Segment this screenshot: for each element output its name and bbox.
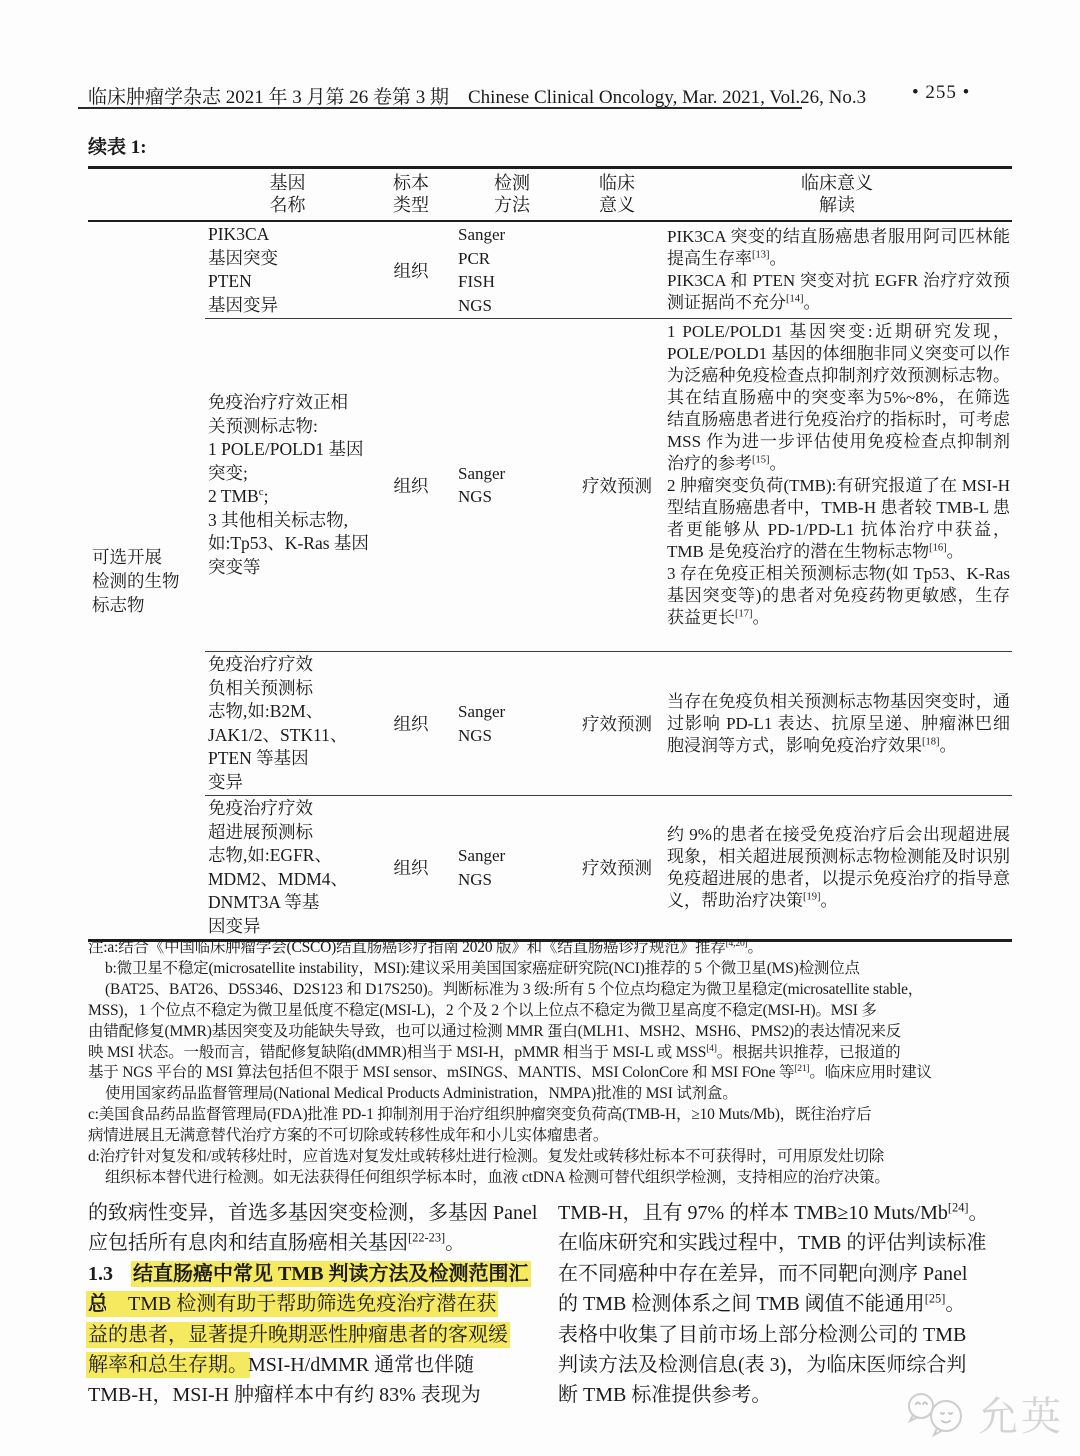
gene-line: 突变; [208,462,369,486]
column-header-line: 标本 [370,172,452,194]
superscript-ref: [25] [925,1292,946,1306]
method-line: Sanger [458,223,571,247]
text-segment: 判读方法及检测信息(表 3)，为临床医师综合判 [558,1354,966,1376]
superscript-ref: [14] [786,293,804,304]
body-text-line: 在临床研究和实践过程中，TMB 的评估判读标准 [558,1228,1018,1258]
superscript-ref: c [259,486,264,498]
superscript-ref: [4] [706,1042,717,1053]
running-head: 临床肿瘤学杂志 2021 年 3 月第 26 卷第 3 期 Chinese Cl… [88,82,1018,109]
method-line: Sanger [458,700,571,724]
interpretation-paragraph: 约 9%的患者在接受免疫治疗后会出现超进展现象，相关超进展预测标志物检测能及时识… [667,824,1010,912]
footnote-line: 病情进展且无满意替代治疗方案的不可切除或转移性成年和小儿实体瘤患者。 [88,1126,1048,1147]
gene-name-cell: 免疫治疗疗效负相关预测标志物,如:B2M、JAK1/2、STK11、PTEN 等… [205,652,370,796]
superscript-ref: [24] [948,1200,969,1214]
body-text-line: 总 TMB 检测有助于帮助筛选免疫治疗潜在获 [88,1289,534,1319]
text-segment: TMB-H，MSI-H 肿瘤样本中有约 83% 表现为 [88,1384,481,1406]
gene-line: PIK3CA [208,223,369,247]
detection-method-cell: SangerNGS [452,652,572,796]
watermark-text: 允英 [978,1397,1064,1437]
clinical-significance-cell: 疗效预测 [572,319,662,652]
method-line: FISH [458,270,571,294]
specimen-type-cell: 组织 [370,319,452,652]
interpretation-paragraph: PIK3CA 和 PTEN 突变对抗 EGFR 治疗疗效预测证据尚不充分[14]… [667,270,1010,314]
gene-line: 变异 [208,771,369,795]
detection-method-cell: SangerPCRFISHNGS [452,221,572,319]
interpretation-paragraph: 3 存在免疫正相关预测标志物(如 Tp53、K-Ras 基因突变等)的患者对免疫… [667,563,1010,629]
footnote-line: 由错配修复(MMR)基因突变及功能缺失导致，也可以通过检测 MMR 蛋白(MLH… [88,1022,1048,1043]
table-row: 免疫治疗疗效负相关预测标志物,如:B2M、JAK1/2、STK11、PTEN 等… [88,652,1012,796]
clinical-significance-cell: 疗效预测 [572,652,662,796]
specimen-type-cell: 组织 [370,796,452,941]
method-line: NGS [458,868,571,892]
footnote-line: 映 MSI 状态。一般而言，错配修复缺陷(dMMR)相当于 MSI-H，pMMR… [88,1043,1048,1064]
gene-line: JAK1/2、STK11、 [208,724,369,748]
column-header: 临床意义解读 [662,168,1012,222]
footnote-line: 注:a:结合《中国临床肿瘤学会(CSCO)结直肠癌诊疗指南 2020 版》和《结… [88,938,1048,959]
table-row: 可选开展检测的生物标志物PIK3CA基因突变PTEN基因变异组织SangerPC… [88,221,1012,319]
footnote-line: 基于 NGS 平台的 MSI 算法包括但不限于 MSI sensor、mSING… [88,1063,1048,1084]
interpretation-cell: 约 9%的患者在接受免疫治疗后会出现超进展现象，相关超进展预测标志物检测能及时识… [662,796,1012,941]
superscript-ref: [19] [803,891,821,902]
column-header-line: 名称 [205,194,370,216]
body-text-line: 的致病性变异，首选多基因突变检测，多基因 Panel [88,1198,534,1228]
header-rule [78,107,802,109]
interpretation-cell: 1 POLE/POLD1 基因突变:近期研究发现，POLE/POLD1 基因的体… [662,319,1012,652]
method-line: NGS [458,294,571,318]
row-group-label-line: 可选开展 [92,545,204,569]
row-group-label: 可选开展检测的生物标志物 [88,221,205,941]
footnote-line: 使用国家药品监督管理局(National Medical Products Ad… [88,1084,1048,1105]
text-segment: 的 TMB 检测体系之间 TMB 阈值不能通用[25]。 [558,1293,965,1315]
gene-line: MDM2、MDM4、 [208,868,369,892]
superscript-ref: [17] [735,608,753,619]
superscript-ref: [18] [922,736,940,747]
table-row: 免疫治疗疗效超进展预测标志物,如:EGFR、MDM2、MDM4、DNMT3A 等… [88,796,1012,941]
column-header-empty [88,168,205,222]
text-segment: 益的患者，显著提升晚期恶性肿瘤患者的客观缓 [88,1324,508,1346]
body-text-line: 益的患者，显著提升晚期恶性肿瘤患者的客观缓 [88,1320,534,1350]
method-line: NGS [458,485,571,509]
row-group-label-line: 标志物 [92,593,204,617]
text-segment: 应包括所有息肉和结直肠癌相关基因[22-23]。 [88,1232,465,1254]
interpretation-paragraph: 2 肿瘤突变负荷(TMB):有研究报道了在 MSI-H 型结直肠癌患者中，TMB… [667,475,1010,563]
body-text-line: 1.3 结直肠癌中常见 TMB 判读方法及检测范围汇 [88,1259,534,1289]
column-header-line: 基因 [205,172,370,194]
text-segment: TMB 检测有助于帮助筛选免疫治疗潜在获 [128,1293,496,1315]
column-header-line: 临床意义 [662,172,1012,194]
biomarker-table: 基因名称标本类型检测方法临床意义临床意义解读 可选开展检测的生物标志物PIK3C… [88,166,1012,942]
superscript-ref: [16] [929,542,947,553]
text-segment: 解率和总生存期。 [88,1354,248,1376]
clinical-significance-cell: 疗效预测 [572,796,662,941]
text-segment: 1.3 [88,1263,133,1285]
gene-line: 免疫治疗疗效 [208,797,369,821]
body-text-line: TMB-H，MSI-H 肿瘤样本中有约 83% 表现为 [88,1380,534,1410]
clinical-significance-cell [572,221,662,319]
specimen-type-cell: 组织 [370,221,452,319]
gene-line: 志物,如:B2M、 [208,700,369,724]
superscript-ref: [22-23] [408,1231,445,1245]
text-segment: 的致病性变异，首选多基因突变检测，多基因 Panel [88,1202,537,1224]
table-header-row: 基因名称标本类型检测方法临床意义临床意义解读 [88,168,1012,222]
superscript-ref: [15] [752,454,770,465]
superscript-ref: [13] [752,249,770,260]
detection-method-cell: SangerNGS [452,796,572,941]
text-segment: 断 TMB 标准提供参考。 [558,1384,771,1406]
body-text-line: 应包括所有息肉和结直肠癌相关基因[22-23]。 [88,1228,534,1258]
gene-line: 关预测标志物: [208,415,369,439]
column-header-line: 检测 [452,172,572,194]
gene-line: PTEN [208,270,369,294]
column-header: 临床意义 [572,168,662,222]
method-line: PCR [458,247,571,271]
detection-method-cell: SangerNGS [452,319,572,652]
interpretation-cell: 当存在免疫负相关预测标志物基因突变时，通过影响 PD-L1 表达、抗原呈递、肿瘤… [662,652,1012,796]
text-segment: TMB-H，且有 97% 的样本 TMB≥10 Muts/Mb[24]。 [558,1202,989,1224]
text-segment: MSI-H/dMMR 通常也伴随 [248,1354,474,1376]
column-header: 检测方法 [452,168,572,222]
text-segment: 在临床研究和实践过程中，TMB 的评估判读标准 [558,1232,986,1254]
gene-line: 如:Tp53、K-Ras 基因 [208,532,369,556]
footnote-line: (BAT25、BAT26、D5S346、D2S123 和 D17S250)。判断… [88,980,1048,1001]
footnote-line: c:美国食品药品监督管理局(FDA)批准 PD-1 抑制剂用于治疗组织肿瘤突变负… [88,1105,1048,1126]
superscript-ref: [4,20] [726,938,748,949]
superscript-ref: [21] [794,1063,809,1074]
gene-name-cell: 免疫治疗疗效正相关预测标志物:1 POLE/POLD1 基因突变;2 TMBc;… [205,319,370,652]
gene-line: DNMT3A 等基 [208,891,369,915]
column-header-line: 解读 [662,194,1012,216]
column-header: 基因名称 [205,168,370,222]
table-header: 基因名称标本类型检测方法临床意义临床意义解读 [88,168,1012,222]
body-text-line: 判读方法及检测信息(表 3)，为临床医师综合判 [558,1350,1018,1380]
gene-line: 超进展预测标 [208,821,369,845]
column-header-line: 类型 [370,194,452,216]
interpretation-cell: PIK3CA 突变的结直肠癌患者服用阿司匹林能提高生存率[13]。PIK3CA … [662,221,1012,319]
body-text-line: 在不同癌种中存在差异，而不同靶向测序 Panel [558,1259,1018,1289]
text-segment: 结直肠癌中常见 TMB 判读方法及检测范围汇 [133,1263,529,1285]
column-header-line: 意义 [572,194,662,216]
gene-name-cell: 免疫治疗疗效超进展预测标志物,如:EGFR、MDM2、MDM4、DNMT3A 等… [205,796,370,941]
table-row: 免疫治疗疗效正相关预测标志物:1 POLE/POLD1 基因突变;2 TMBc;… [88,319,1012,652]
text-segment: 在不同癌种中存在差异，而不同靶向测序 Panel [558,1263,967,1285]
footnote-line: MSS)，1 个位点不稳定为微卫星低度不稳定(MSI-L)，2 个及 2 个以上… [88,1001,1048,1022]
text-segment [108,1293,128,1315]
page-number: • 255 • [912,82,970,104]
interpretation-paragraph: 1 POLE/POLD1 基因突变:近期研究发现，POLE/POLD1 基因的体… [667,321,1010,475]
interpretation-paragraph: PIK3CA 突变的结直肠癌患者服用阿司匹林能提高生存率[13]。 [667,226,1010,270]
footnote-line: d:治疗针对复发和/或转移灶时，应首选对复发灶或转移灶进行检测。复发灶或转移灶标… [88,1147,1048,1168]
body-column-right: TMB-H，且有 97% 的样本 TMB≥10 Muts/Mb[24]。在临床研… [558,1198,1018,1411]
journal-page: 临床肿瘤学杂志 2021 年 3 月第 26 卷第 3 期 Chinese Cl… [0,0,1080,1456]
method-line: Sanger [458,844,571,868]
gene-line: 2 TMBc; [208,485,369,509]
footnote-line: b:微卫星不稳定(microsatellite instability，MSI)… [88,959,1048,980]
gene-line: 基因突变 [208,247,369,271]
column-header-line: 方法 [452,194,572,216]
footnotes: 注:a:结合《中国临床肿瘤学会(CSCO)结直肠癌诊疗指南 2020 版》和《结… [88,938,1048,1189]
specimen-type-cell: 组织 [370,652,452,796]
text-segment: 总 [88,1293,108,1315]
gene-line: 免疫治疗疗效正相 [208,391,369,415]
method-line: NGS [458,724,571,748]
gene-line: PTEN 等基因 [208,747,369,771]
watermark: 允英 [904,1387,1064,1446]
column-header-line: 临床 [572,172,662,194]
gene-line: 1 POLE/POLD1 基因 [208,438,369,462]
gene-line: 突变等 [208,556,369,580]
table-caption: 续表 1: [88,132,147,159]
body-text-line: 的 TMB 检测体系之间 TMB 阈值不能通用[25]。 [558,1289,1018,1319]
gene-line: 因变异 [208,915,369,939]
interpretation-paragraph: 当存在免疫负相关预测标志物基因突变时，通过影响 PD-L1 表达、抗原呈递、肿瘤… [667,691,1010,757]
column-header: 标本类型 [370,168,452,222]
gene-line: 免疫治疗疗效 [208,653,369,677]
footnote-line: 组织标本替代进行检测。如无法获得任何组织学标本时，血液 ctDNA 检测可替代组… [88,1168,1048,1189]
gene-line: 基因变异 [208,294,369,318]
gene-line: 负相关预测标 [208,677,369,701]
row-group-label-line: 检测的生物 [92,569,204,593]
method-line: Sanger [458,462,571,486]
text-segment: 表格中收集了目前市场上部分检测公司的 TMB [558,1324,966,1346]
body-text-line: TMB-H，且有 97% 的样本 TMB≥10 Muts/Mb[24]。 [558,1198,1018,1228]
body-text-line: 解率和总生存期。MSI-H/dMMR 通常也伴随 [88,1350,534,1380]
gene-name-cell: PIK3CA基因突变PTEN基因变异 [205,221,370,319]
body-column-left: 的致病性变异，首选多基因突变检测，多基因 Panel应包括所有息肉和结直肠癌相关… [88,1198,534,1411]
chat-bubbles-logo-icon [904,1387,976,1446]
gene-line: 志物,如:EGFR、 [208,844,369,868]
body-text-line: 表格中收集了目前市场上部分检测公司的 TMB [558,1320,1018,1350]
journal-title: 临床肿瘤学杂志 2021 年 3 月第 26 卷第 3 期 Chinese Cl… [88,87,866,108]
gene-line: 3 其他相关标志物, [208,509,369,533]
